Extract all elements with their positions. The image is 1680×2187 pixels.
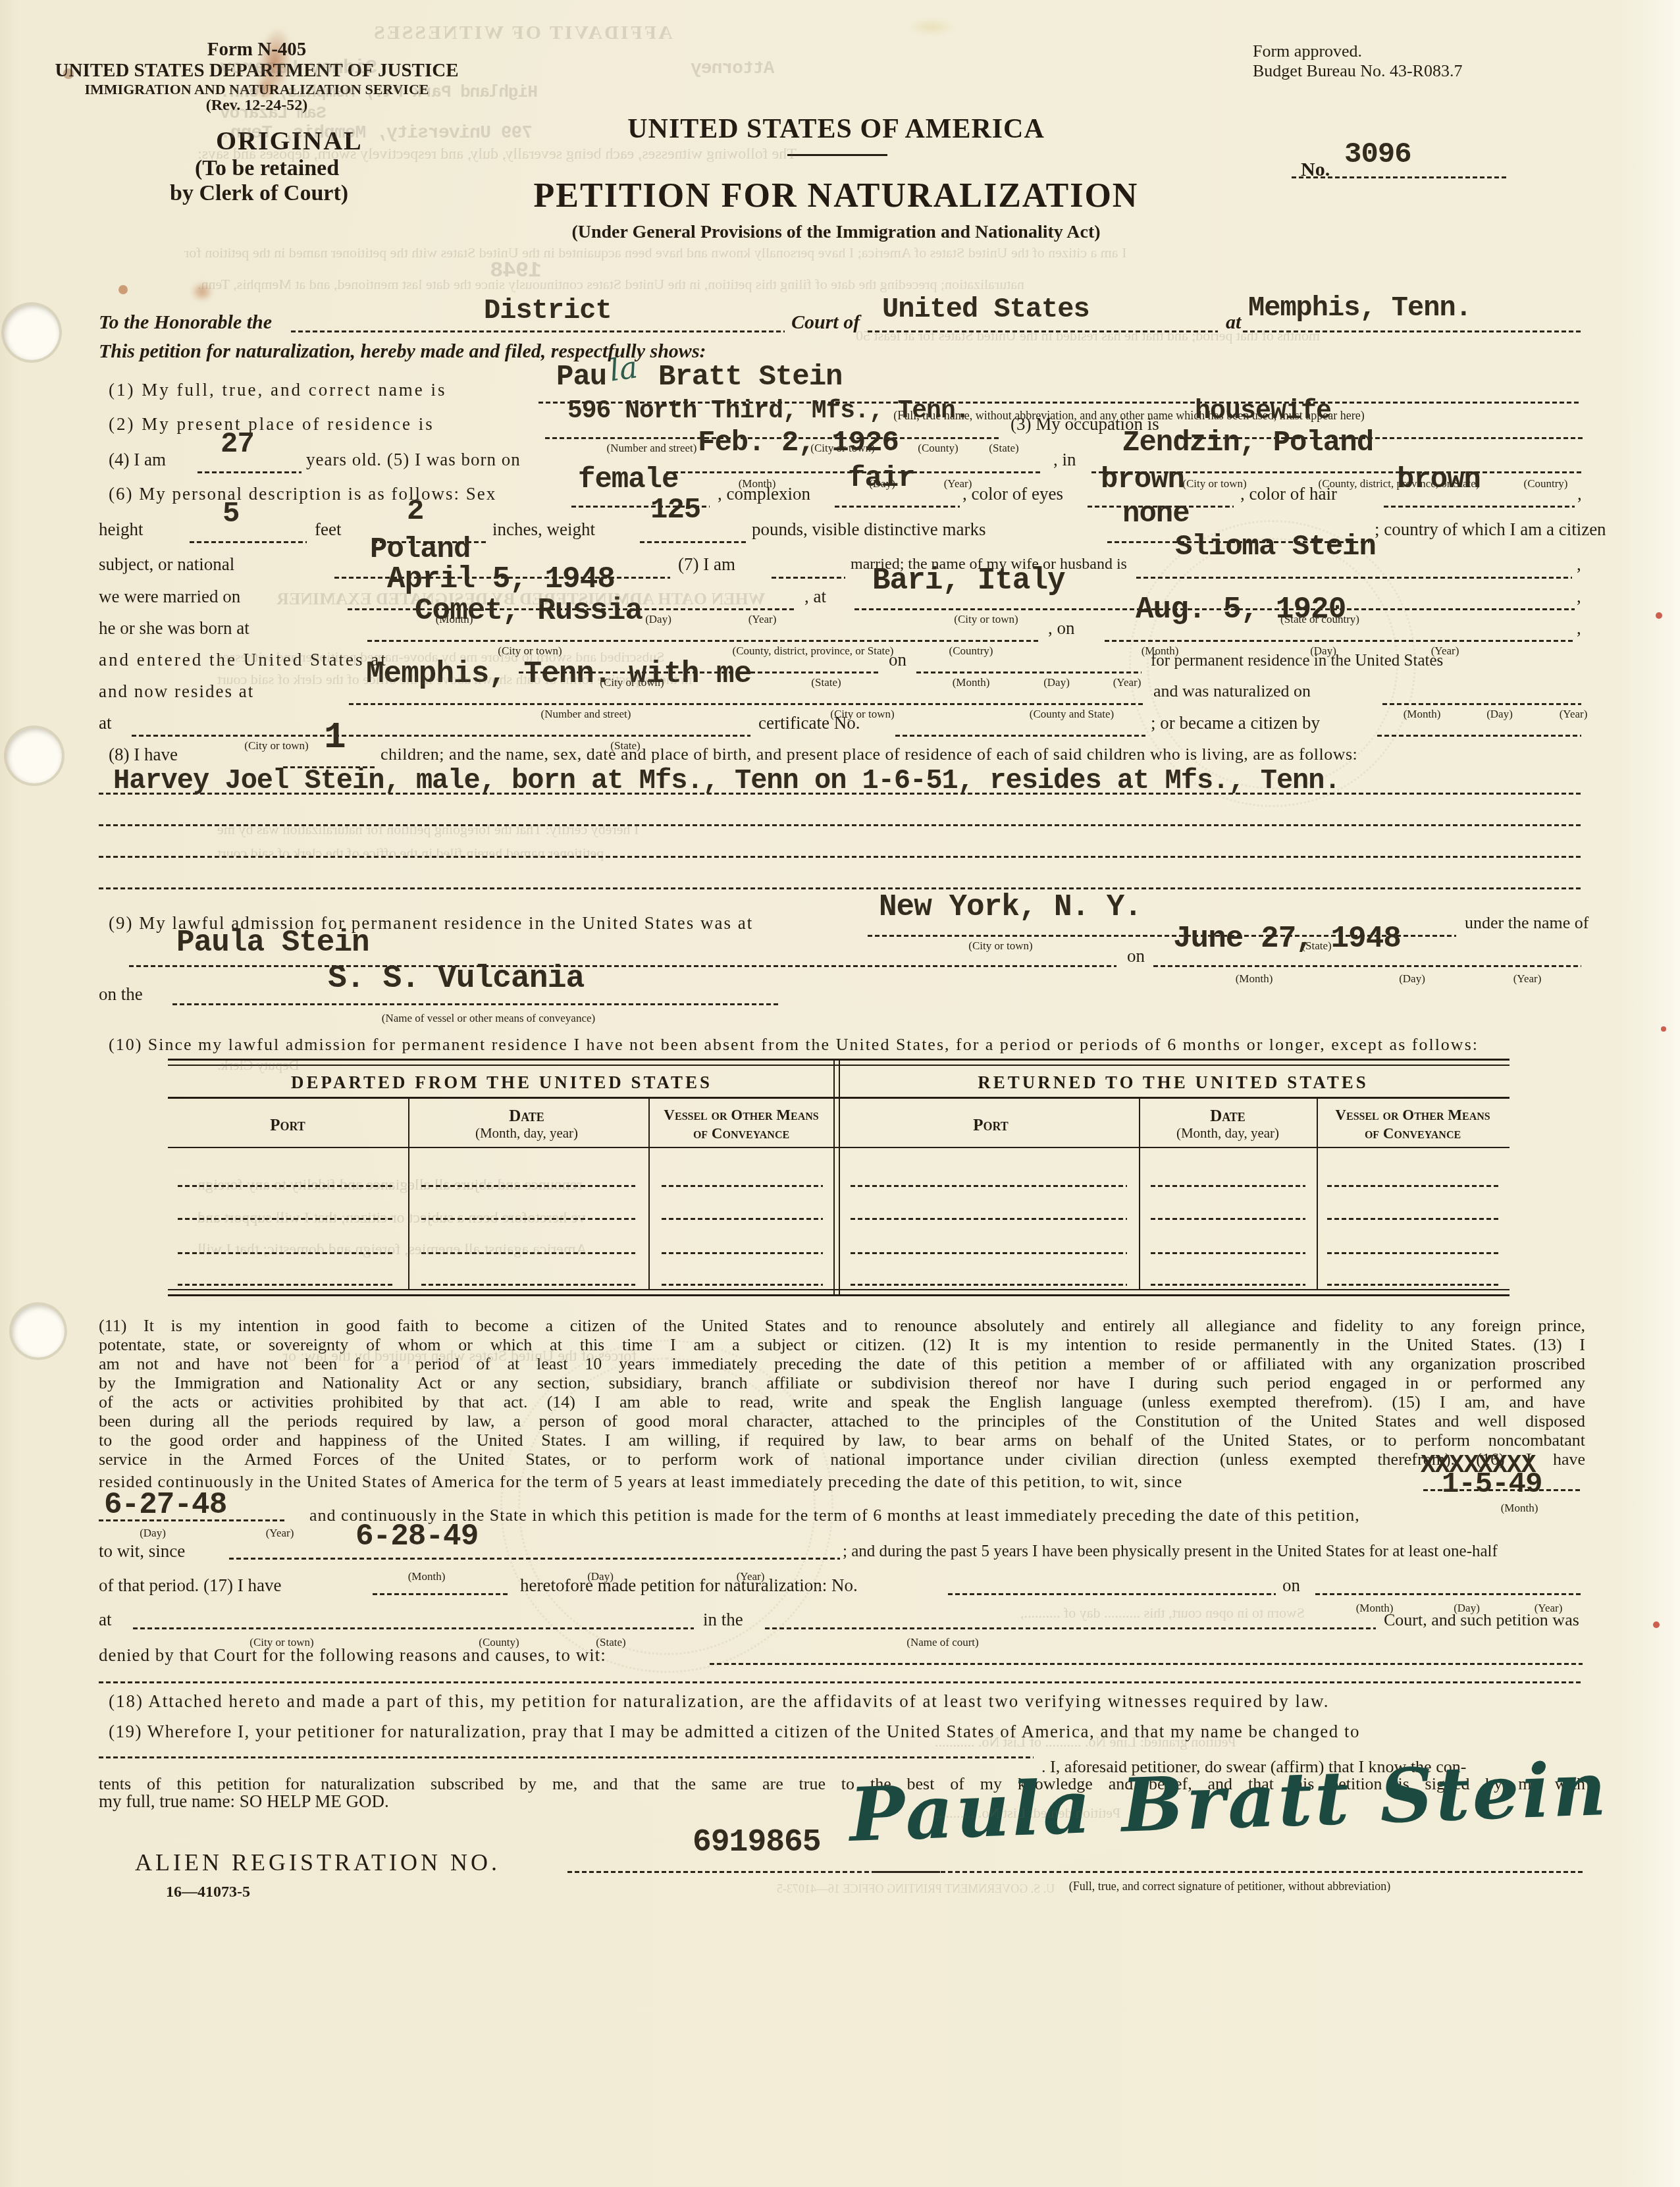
punch-hole-1 (4, 305, 59, 360)
q6-feet-label: feet (315, 520, 341, 539)
q16-cap-day: (Day) (140, 1527, 166, 1539)
name-change-line (99, 1756, 1034, 1758)
spouse-line (1136, 577, 1572, 579)
q7-cap-bprovince: (County, district, province, or State) (733, 645, 894, 657)
table-vline-r2 (1317, 1097, 1318, 1290)
q6-marks: none (1122, 499, 1190, 531)
q16-towit-label: to wit, since (99, 1542, 185, 1561)
tbl-r2c5 (1151, 1218, 1305, 1220)
q8-children-count: 1 (324, 718, 346, 757)
q6-complexion: fair (848, 463, 915, 495)
col-vessel-sub-right: of Conveyance (1365, 1126, 1461, 1142)
q7-cap-nday: (Day) (1486, 708, 1513, 720)
col-vessel-sub-left: of Conveyance (693, 1126, 789, 1142)
honorable-2: Court of (791, 312, 860, 333)
q7-at-label: at (99, 714, 112, 733)
para11-line1: (11) It is my intention in good faith to… (99, 1317, 1585, 1335)
q16-cap-month: (Month) (1501, 1502, 1538, 1514)
q19-oath-label: my full, true name: SO HELP ME GOD. (99, 1792, 389, 1811)
petition-no-label: No. (1301, 159, 1330, 180)
q7-comma: , (1577, 555, 1581, 574)
bleed-witness1: Sidney Lazarov (221, 58, 377, 79)
admission-date-line (1153, 965, 1581, 967)
married-blank-line (772, 577, 845, 579)
tbl-r2c3 (662, 1218, 823, 1220)
col-vessel-left: Vessel or Other Means (664, 1107, 818, 1124)
q9-vessel: S. S. Vulcania (328, 962, 584, 997)
q7-cap-rstreet: (Number and street) (541, 708, 631, 720)
q9-cap-year: (Year) (1513, 973, 1542, 985)
q8-label-b: children; and the name, sex, date and pl… (381, 745, 1357, 764)
q5-birthdate: Feb. 2, 1926 (698, 428, 899, 460)
copy-note-2: by Clerk of Court) (170, 182, 348, 206)
q9-admission-date: June 27, 1948 (1173, 923, 1401, 956)
q5-in: , in (1053, 450, 1076, 469)
q7-cap-emonth: (Month) (953, 677, 990, 689)
tbl-r1c6 (1327, 1185, 1500, 1187)
bleed-oath-examiner: WHEN OATH ADMINISTERED BY DESIGNATED EXA… (276, 590, 766, 608)
q7-cap-eyear: (Year) (1113, 677, 1142, 689)
q7-permanent-label: for permanent residence in the United St… (1151, 652, 1443, 670)
tbl-r3c3 (662, 1252, 823, 1254)
q9-cap-vessel: (Name of vessel or other means of convey… (382, 1013, 595, 1024)
bleed-address2: 799 University, Memphis, Tenn. (221, 124, 533, 144)
tbl-r1c5 (1151, 1185, 1305, 1187)
bleed-enemies: America against all enemies, foreign and… (197, 1242, 587, 1259)
red-speck-1 (1656, 612, 1662, 619)
q9-cap-city: (City or town) (968, 940, 1032, 952)
separator-line (99, 1681, 1583, 1683)
doc-subtitle: (Under General Provisions of the Immigra… (571, 223, 1100, 242)
q17-on-line (1315, 1593, 1581, 1595)
q6-nationality: Poland (370, 535, 470, 566)
q7-cap-nyear: (Year) (1560, 708, 1588, 720)
entered-date-line (916, 672, 1142, 673)
alien-reg-label: ALIEN REGISTRATION NO. (135, 1850, 500, 1876)
at-city-line (132, 735, 750, 737)
col-date-left: Date (509, 1107, 544, 1125)
bleed-granted: Petition granted: Line No. .......... of… (935, 1734, 1236, 1750)
rust-dot-1 (118, 285, 128, 294)
age-line (197, 471, 302, 473)
signature-line (876, 1871, 1583, 1873)
bleed-gpo: U. S. GOVERNMENT PRINTING OFFICE 16—4107… (777, 1883, 1055, 1895)
col-date-right: Date (1210, 1107, 1246, 1125)
q16-state-date: 6-28-49 (355, 1521, 478, 1554)
complexion-line (835, 506, 960, 508)
q6-complexion-label: , complexion (718, 485, 810, 504)
q8-label-a: (8) I have (109, 745, 178, 764)
red-speck-2 (1661, 1026, 1666, 1032)
q7-on: , on (1048, 619, 1075, 638)
bleed-denied: Petition denied: List No. ........... (935, 1805, 1120, 1821)
q16-cap-year: (Year) (266, 1527, 294, 1539)
petition-for-naturalization-document: Form N-405UNITED STATES DEPARTMENT OF JU… (0, 0, 1680, 2187)
tbl-r1c3 (662, 1185, 823, 1187)
table-header-returned: RETURNED TO THE UNITED STATES (978, 1073, 1369, 1092)
country-heading: UNITED STATES OF AMERICA (627, 115, 1045, 144)
q6-sex: female (578, 465, 678, 496)
q9-under-name: under the name of (1465, 914, 1588, 932)
q17-inthe-line (765, 1627, 1376, 1629)
children-empty-line-3 (99, 887, 1583, 889)
citizen-by-line (1377, 735, 1581, 737)
q7-cap-estate: (State) (811, 677, 841, 689)
bleed-deputy-clerk: Deputy Clerk. (217, 1057, 300, 1073)
q1-label: (1) My full, true, and correct name is (109, 381, 447, 400)
q9-cap-month: (Month) (1236, 973, 1273, 985)
q7-entered-on: on (889, 650, 906, 670)
q6-height-feet: 5 (223, 499, 239, 531)
petitioner-signature: Paula Bratt Stein (848, 1750, 1610, 1856)
q7-citizen-by-label: ; or became a citizen by (1151, 714, 1320, 733)
print-code: 16—41073-5 (166, 1884, 250, 1901)
q17-court-label: Court, and such petition was (1384, 1611, 1579, 1629)
bleed-forces: forces of the United States when require… (283, 1348, 637, 1365)
q17-in-the: in the (703, 1610, 743, 1629)
naturalized-line (1382, 703, 1581, 705)
q6-eyes: brown (1101, 465, 1184, 496)
cert-no-line (895, 735, 1145, 737)
q9-admission-name: Paula Stein (176, 927, 369, 960)
state-date-line (229, 1558, 840, 1560)
table-vline-r1 (1139, 1097, 1140, 1290)
q5-birthplace: Zendzin, Poland (1122, 428, 1373, 460)
q2-cap-state: (State) (989, 442, 1018, 454)
bleed-affidavit: AFFIDAVIT OF WITNESSES (372, 22, 673, 43)
q6-marks-label: pounds, visible distinctive marks (752, 520, 985, 539)
punch-hole-2 (7, 728, 62, 783)
col-port-right: Port (973, 1117, 1009, 1134)
q6-label: (6) My personal description is as follow… (109, 485, 496, 504)
q1-name-typed-a: Pau (556, 362, 606, 394)
q9-port: New York, N. Y. (879, 891, 1142, 924)
q2-cap-street: (Number and street) (607, 442, 697, 454)
q6-hair: brown (1397, 465, 1481, 496)
bleed-certify: I hereby certify: That the foregoing pet… (217, 822, 639, 837)
bleed-forms-oath: in the respective forms of oath shown ab… (217, 672, 693, 687)
q9-cap-day: (Day) (1399, 973, 1425, 985)
para11-line7: to the good order and happiness of the U… (99, 1431, 1585, 1450)
q17-on: on (1282, 1576, 1300, 1595)
q16-cap-smonth: (Month) (408, 1571, 446, 1583)
q17-label-a: of that period. (17) I have (99, 1576, 281, 1595)
q7-cap-nmonth: (Month) (1404, 708, 1441, 720)
q17-label-b: heretofore made petition for naturalizat… (520, 1576, 858, 1595)
q17-denied-label: denied by that Court for the following r… (99, 1646, 606, 1665)
q7-marriage-place: Bari, Italy (872, 565, 1065, 598)
q4-age: 27 (221, 429, 254, 461)
q2-residence: 596 North Third, Mfs., Tenn. (567, 398, 970, 425)
q7-spouse: Slioma Stein (1175, 532, 1376, 564)
tbl-r4c1 (178, 1284, 395, 1286)
bleed-subscribed: Subscribed and sworn to before me by abo… (217, 649, 664, 665)
spouse-birthplace-line (367, 640, 1039, 642)
honorable-1: To the Honorable the (99, 312, 272, 333)
q10-label: (10) Since my lawful admission for perma… (109, 1036, 1479, 1054)
q16-strike-date: 1-5-49 (1442, 1469, 1542, 1501)
q7-spouse-born: he or she was born at (99, 619, 249, 638)
q6-subject-label: subject, or national (99, 555, 234, 574)
q18-label: (18) Attached hereto and made a part of … (109, 1692, 1330, 1711)
q7-comma3: , (1577, 619, 1581, 638)
col-date-sub-left: (Month, day, year) (475, 1126, 578, 1141)
q7-cap-acity: (City or town) (244, 740, 308, 752)
form-approved: Form approved. (1253, 42, 1362, 61)
q7-comma2: , (1577, 587, 1581, 606)
budget-bureau: Budget Bureau No. 43-R083.7 (1253, 62, 1462, 80)
alien-reg-number: 6919865 (693, 1826, 821, 1860)
para11-line5: of the acts or activities prohibited by … (99, 1393, 1585, 1411)
tbl-r3c5 (1151, 1252, 1305, 1254)
tbl-r4c3 (662, 1284, 823, 1286)
bleed-subject: ve heretofore been a subject or citizen;… (197, 1210, 586, 1227)
tbl-r4c5 (1151, 1284, 1305, 1286)
bleed-sworn-court: Sworn to in open court, this .......... … (1020, 1605, 1305, 1621)
table-vline-center-1 (833, 1059, 835, 1296)
q17-at-line (133, 1627, 694, 1629)
tbl-r4c2 (421, 1284, 635, 1286)
q6-height-inches: 2 (407, 496, 423, 528)
q7-cap-bcountry: (Country) (949, 645, 993, 657)
q7-cap-rcounty: (County and State) (1030, 708, 1114, 720)
q17-towit-line (710, 1663, 1583, 1665)
tbl-r3c4 (851, 1252, 1127, 1254)
q4-label: (4) I am (109, 450, 166, 469)
q16-half-label: ; and during the past 5 years I have bee… (843, 1542, 1498, 1560)
punch-hole-3 (12, 1305, 65, 1357)
vessel-line (172, 1003, 778, 1005)
table-vline-l2 (648, 1097, 650, 1290)
para11-line8: service in the Armed Forces of the Unite… (99, 1450, 1585, 1469)
tbl-r4c6 (1327, 1284, 1500, 1286)
resides-line (349, 703, 1145, 705)
para11-line4: by the Immigration and Nationality Act o… (99, 1374, 1585, 1392)
petition-no-value: 3096 (1344, 140, 1411, 171)
col-port-left: Port (270, 1117, 305, 1134)
red-speck-3 (1653, 1621, 1660, 1628)
court-name: United States (882, 295, 1089, 325)
usa-underline (787, 154, 887, 156)
q7-cap-day: (Day) (645, 614, 671, 625)
feet-line (190, 541, 307, 543)
q6-weight-label: inches, weight (492, 520, 595, 539)
q1-name-hand-insert: la (608, 351, 640, 387)
q1-name-typed-b: Bratt Stein (658, 362, 842, 394)
col-vessel-right: Vessel or Other Means (1335, 1107, 1490, 1124)
bleed-attorney: Attorney (691, 59, 774, 79)
q5-label: years old. (5) I was born on (306, 450, 521, 469)
q7-cap-year: (Year) (748, 614, 777, 625)
court-type: District (484, 296, 612, 326)
court-place: Memphis, Tenn. (1248, 294, 1471, 323)
yellow-smudge (908, 18, 955, 36)
bleed-filing: naturalization; preceding the date of fi… (197, 277, 1024, 292)
tbl-r2c4 (851, 1218, 1127, 1220)
tbl-r2c6 (1327, 1218, 1500, 1220)
bleed-witness-line: The following witnesses, each being seve… (197, 146, 797, 163)
q6-citizen-label: ; country of which I am a citizen (1375, 520, 1606, 539)
tbl-r1c4 (851, 1185, 1127, 1187)
q7-cert-label: certificate No. (758, 714, 860, 733)
bleed-acquainted: I am a citizen of the United States of A… (184, 245, 1126, 261)
q5-cap-city: (City or town) (1182, 478, 1246, 490)
q17-no-line (948, 1593, 1276, 1595)
q16-resided-label: resided continuously in the United State… (99, 1473, 1182, 1491)
para11-line6: been during all the periods required by … (99, 1412, 1585, 1431)
q17-at: at (99, 1610, 112, 1629)
q2-label: (2) My present place of residence is (109, 415, 434, 434)
bleed-witness2: Sam Lazarov (221, 104, 327, 122)
q8-children-entry: Harvey Joel Stein, male, born at Mfs., T… (113, 766, 1340, 796)
q6-eyes-label: , color of eyes (962, 485, 1063, 504)
tbl-r4c4 (851, 1284, 1127, 1286)
q9-on-the: on the (99, 985, 143, 1004)
q6-hair-label: , color of hair (1240, 485, 1337, 504)
admission-name-line (129, 965, 1116, 967)
q7-cap-eday: (Day) (1043, 677, 1070, 689)
q17-blank-line (373, 1593, 510, 1595)
bleed-months: months of that period; and that he has r… (856, 328, 1320, 344)
col-date-sub-right: (Month, day, year) (1176, 1126, 1279, 1141)
q7-spouse-birthdate: Aug. 5, 1920 (1136, 594, 1346, 627)
q16-since-date: 6-27-48 (104, 1489, 226, 1522)
doc-title: PETITION FOR NATURALIZATION (534, 178, 1139, 215)
tbl-r3c6 (1327, 1252, 1500, 1254)
table-vline-center-2 (839, 1059, 840, 1296)
q2-cap-county: (County) (918, 442, 958, 454)
hair-line (1384, 506, 1575, 508)
q6-weight: 125 (650, 495, 700, 527)
q7-at: , at (804, 587, 826, 606)
q9-on: on (1127, 947, 1145, 966)
spouse-birthdate-line (1105, 640, 1575, 642)
q7-married-on: we were married on (99, 587, 240, 606)
weight-line (640, 541, 747, 543)
q7-label: (7) I am (678, 555, 735, 574)
q7-naturalized-label: and was naturalized on (1153, 682, 1311, 700)
q6-comma: , (1577, 485, 1582, 504)
bleed-address1: Highland Park Pl., Memphis, Tenn. (221, 83, 538, 101)
q7-cap-city: (City or town) (954, 614, 1018, 625)
q5-cap-country: (Country) (1523, 478, 1567, 490)
court-type-line (291, 330, 785, 332)
q6-height-label: height (99, 520, 144, 539)
q3-occupation: housewife (1195, 398, 1331, 426)
bleed-renounce: renounce and abjure all allegiance and f… (197, 1177, 582, 1194)
table-header-departed: DEPARTED FROM THE UNITED STATES (291, 1073, 712, 1092)
bleed-petitioner-filed: petitioner named herein filed in the off… (217, 845, 604, 861)
signature-caption: (Full, true, and correct signature of pe… (1069, 1880, 1391, 1893)
q17-cap-court: (Name of court) (906, 1637, 979, 1648)
